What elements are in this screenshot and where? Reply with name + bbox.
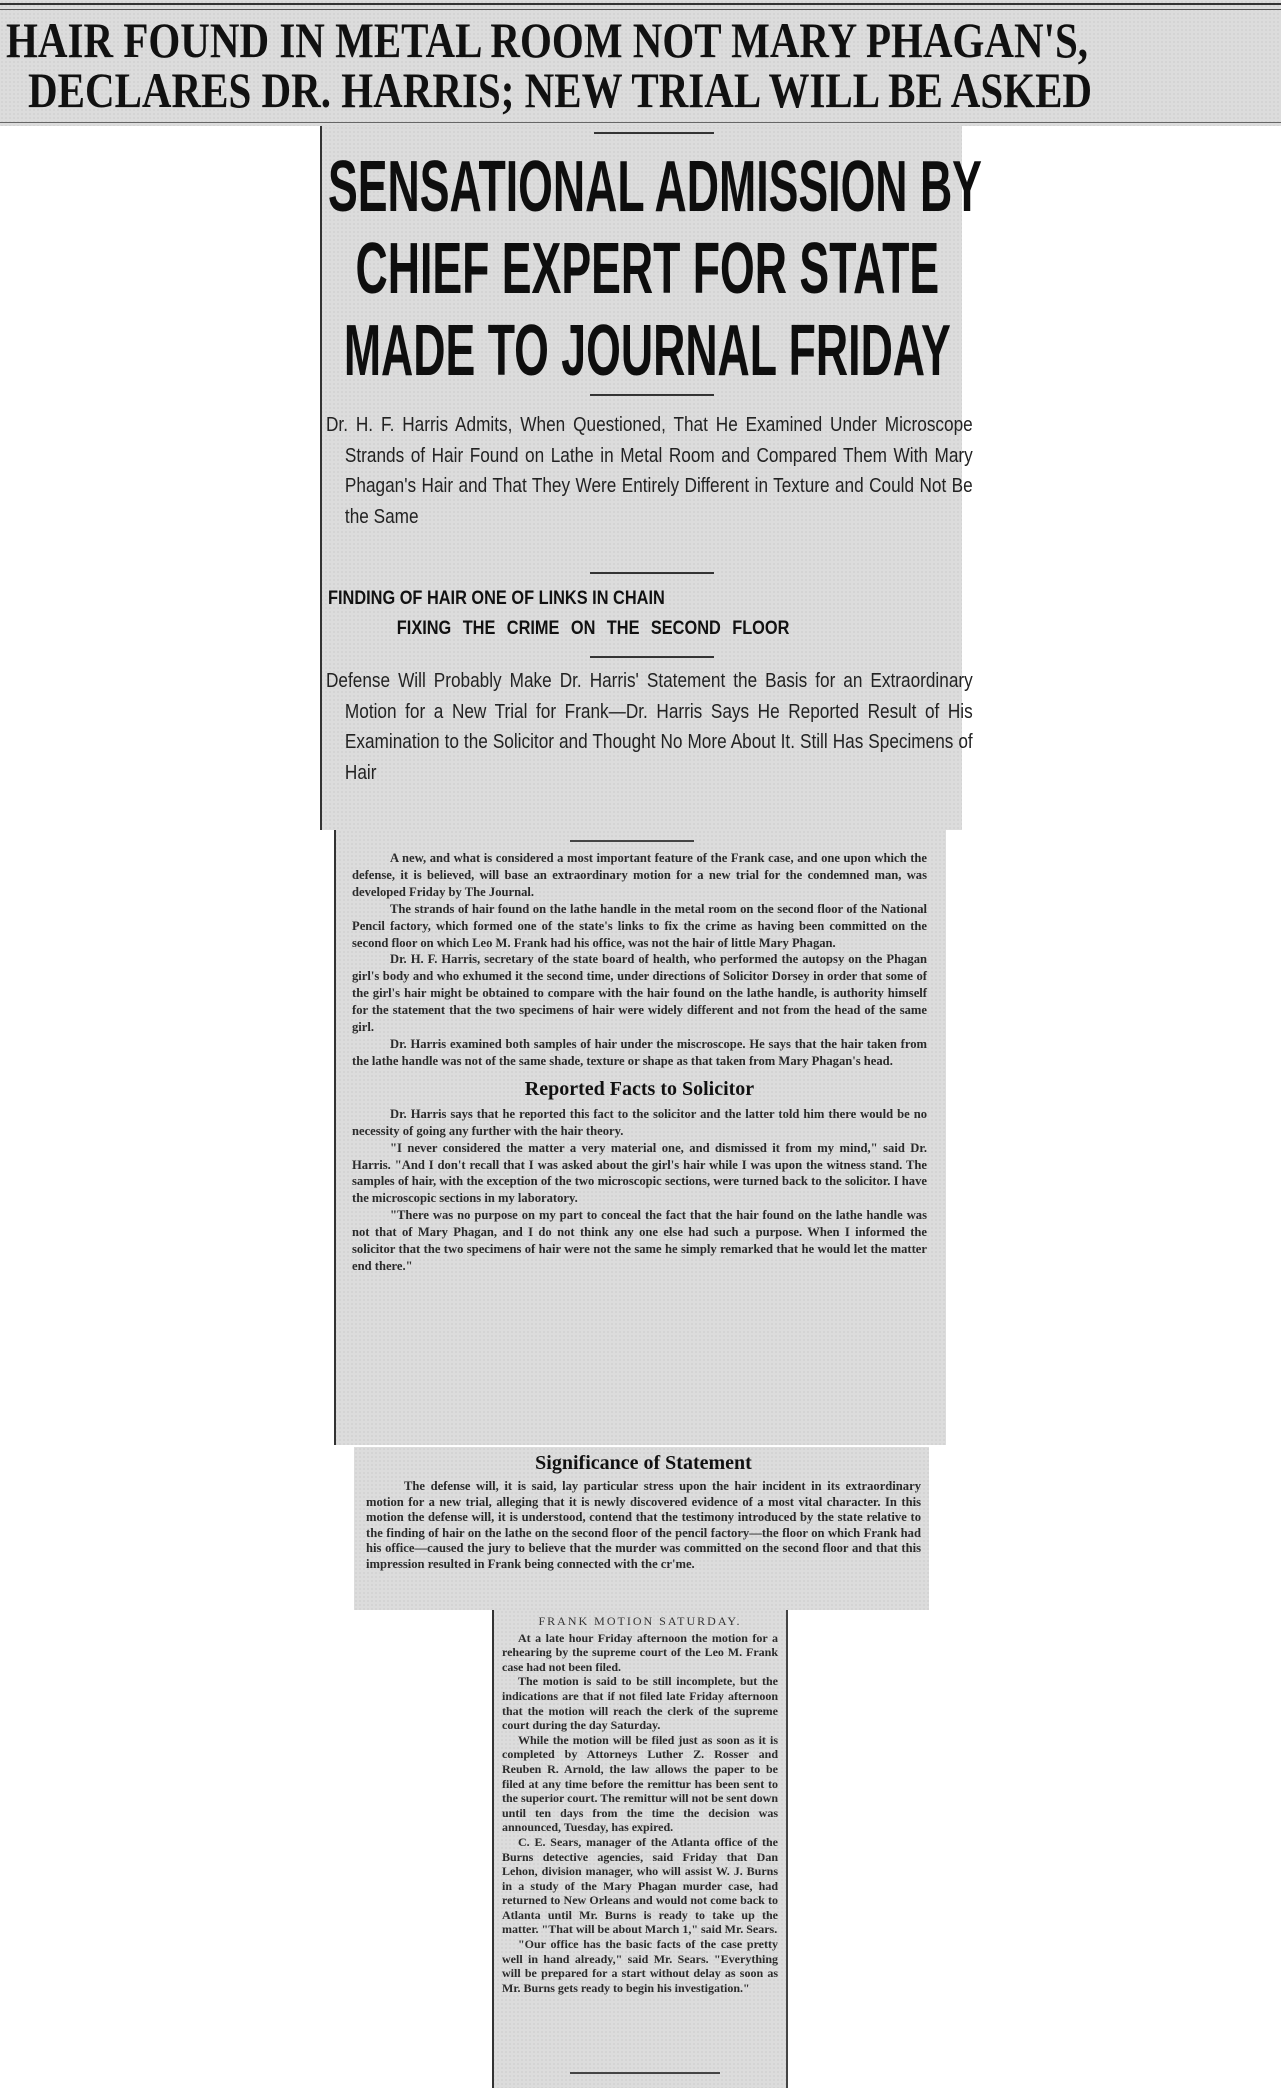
deck-line-3: MADE TO JOURNAL FRIDAY	[328, 310, 967, 392]
subdeck-1: Dr. H. F. Harris Admits, When Questioned…	[326, 410, 956, 532]
frank-motion-section: FRANK MOTION SATURDAY. At a late hour Fr…	[492, 1610, 788, 2088]
paragraph: Dr. Harris examined both samples of hair…	[352, 1036, 927, 1070]
paragraph: "Our office has the basic facts of the c…	[502, 1937, 778, 1995]
top-rule	[0, 3, 1281, 10]
deck-section: SENSATIONAL ADMISSION BY CHIEF EXPERT FO…	[320, 126, 962, 830]
headline-line-1: HAIR FOUND IN METAL ROOM NOT MARY PHAGAN…	[6, 14, 1281, 66]
paragraph: "There was no purpose on my part to conc…	[352, 1207, 927, 1275]
column-rule	[320, 126, 322, 830]
column-rule	[492, 1610, 494, 2088]
deck-line-1: SENSATIONAL ADMISSION BY	[328, 146, 967, 228]
article-column: A new, and what is considered a most imp…	[352, 850, 927, 1275]
banner-bottom-rule	[0, 122, 1281, 123]
headline-line-2: DECLARES DR. HARRIS; NEW TRIAL WILL BE A…	[28, 64, 1274, 116]
divider-rule	[590, 394, 714, 396]
paragraph: While the motion will be filed just as s…	[502, 1733, 778, 1835]
divider-rule	[594, 132, 714, 134]
paragraph: "I never considered the matter a very ma…	[352, 1140, 927, 1208]
paragraph: At a late hour Friday afternoon the moti…	[502, 1631, 778, 1675]
article-body: A new, and what is considered a most imp…	[334, 830, 946, 1445]
divider-rule	[570, 840, 694, 842]
paragraph: The strands of hair found on the lathe h…	[352, 901, 927, 952]
section-heading-significance: Significance of Statement	[366, 1451, 921, 1475]
subdeck-2: Defense Will Probably Make Dr. Harris' S…	[326, 666, 956, 788]
paragraph: A new, and what is considered a most imp…	[352, 850, 927, 901]
caps-line-1: FINDING OF HAIR ONE OF LINKS IN CHAIN	[328, 584, 870, 614]
deck-line-2: CHIEF EXPERT FOR STATE	[328, 228, 967, 310]
paragraph: C. E. Sears, manager of the Atlanta offi…	[502, 1835, 778, 1937]
column-rule	[334, 830, 336, 1445]
paragraph: The defense will, it is said, lay partic…	[366, 1479, 921, 1572]
deck-headline: SENSATIONAL ADMISSION BY CHIEF EXPERT FO…	[328, 146, 725, 392]
caps-line-2: FIXING THE CRIME ON THE SECOND FLOOR	[328, 614, 870, 644]
column-rule	[786, 1610, 788, 2088]
section-heading-frank-motion: FRANK MOTION SATURDAY.	[502, 1614, 778, 1629]
paragraph: The motion is said to be still incomplet…	[502, 1674, 778, 1732]
subdeck-2-text: Defense Will Probably Make Dr. Harris' S…	[326, 666, 973, 788]
paragraph: Dr. Harris says that he reported this fa…	[352, 1106, 927, 1140]
section-heading-reported-facts: Reported Facts to Solicitor	[352, 1076, 927, 1102]
divider-rule	[590, 572, 714, 574]
banner-headline: HAIR FOUND IN METAL ROOM NOT MARY PHAGAN…	[0, 0, 1281, 126]
divider-rule	[590, 656, 714, 658]
significance-section: Significance of Statement The defense wi…	[354, 1447, 929, 1610]
paragraph: Dr. H. F. Harris, secretary of the state…	[352, 951, 927, 1036]
end-rule	[570, 2072, 720, 2074]
subdeck-1-text: Dr. H. F. Harris Admits, When Questioned…	[326, 410, 973, 532]
caps-subhead: FINDING OF HAIR ONE OF LINKS IN CHAIN FI…	[328, 584, 958, 644]
frank-motion-column: FRANK MOTION SATURDAY. At a late hour Fr…	[502, 1614, 778, 1995]
significance-column: Significance of Statement The defense wi…	[366, 1451, 921, 1572]
